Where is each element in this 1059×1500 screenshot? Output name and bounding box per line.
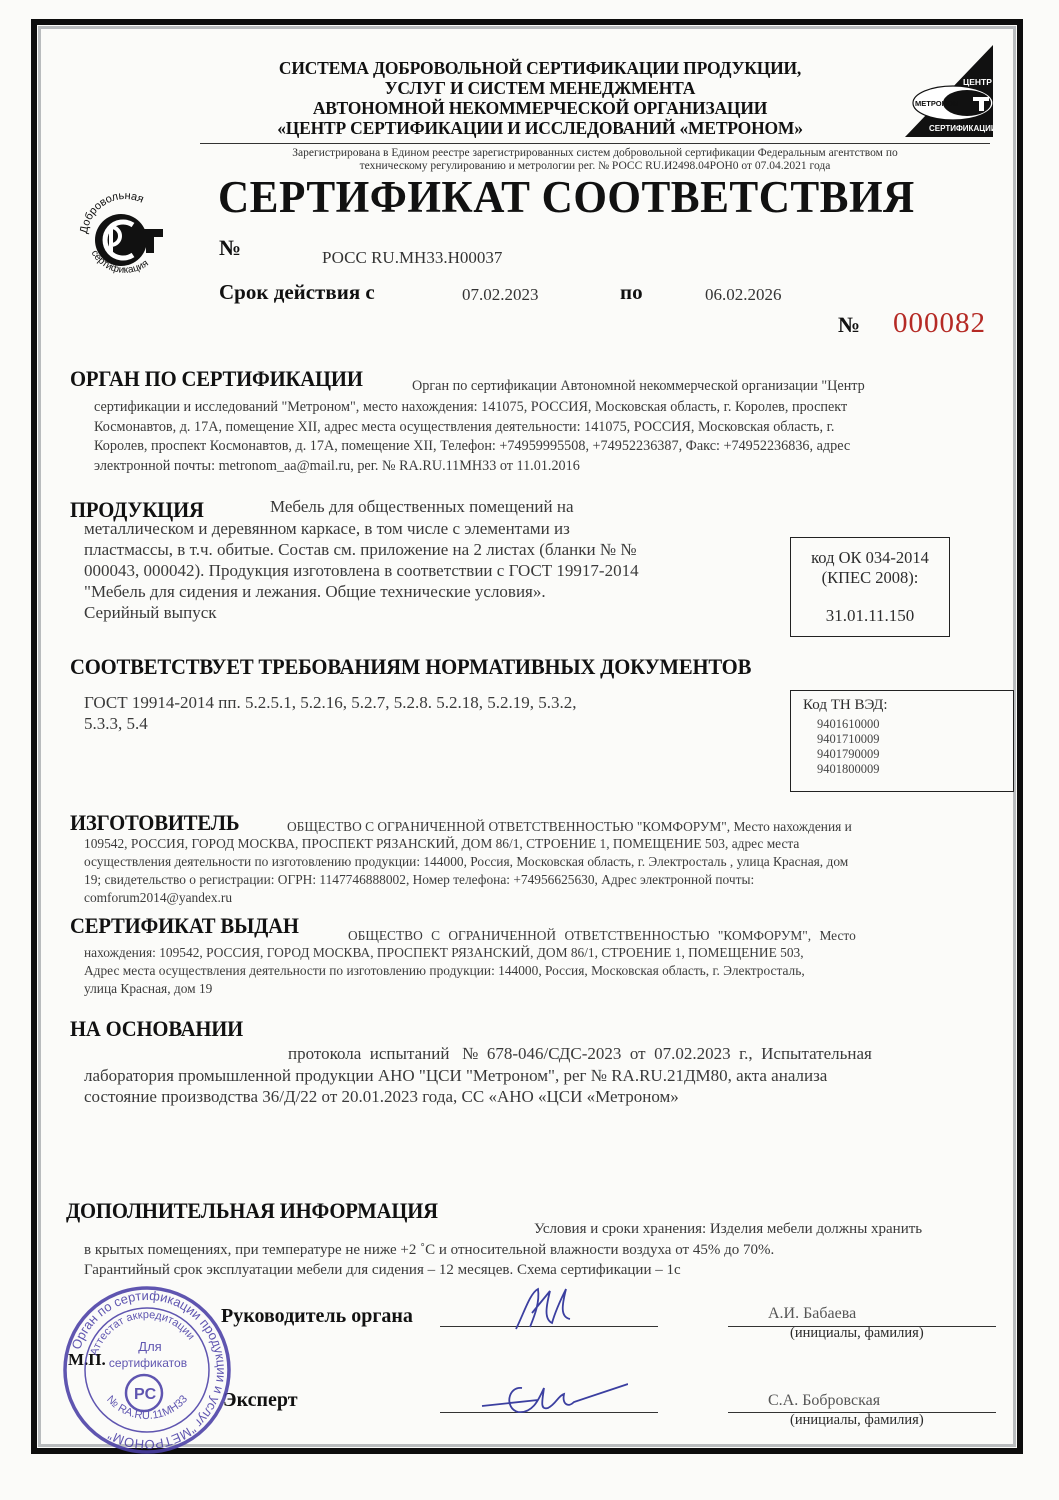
issuer-header-line: АВТОНОМНОЙ НЕКОММЕРЧЕСКОЙ ОРГАНИЗАЦИИ	[230, 98, 850, 118]
additional-info-details: в крытых помещениях, при температуре не …	[84, 1240, 996, 1280]
certification-body-details: сертификации и исследований "Метроном", …	[94, 398, 974, 476]
issuer-header-line: «ЦЕНТР СЕРТИФИКАЦИИ И ИССЛЕДОВАНИЙ «МЕТР…	[230, 118, 850, 138]
form-number-label: №	[838, 312, 860, 338]
okpd-code-box: код ОК 034-2014 (КПЕС 2008): 31.01.11.15…	[790, 537, 950, 637]
text-line: ГОСТ 19914-2014 пп. 5.2.5.1, 5.2.16, 5.2…	[84, 692, 764, 713]
validity-label: Срок действия с	[219, 280, 375, 305]
text-line: пластмассы, в т.ч. обитые. Состав см. пр…	[84, 539, 764, 560]
header-divider	[200, 143, 990, 144]
certificate-number-label: №	[219, 235, 241, 261]
text-line: 5.3.3, 5.4	[84, 713, 764, 734]
text-line: в крытых помещениях, при температуре не …	[84, 1240, 996, 1260]
text-line: сертификации и исследований "Метроном", …	[94, 398, 974, 418]
text-line: "Мебель для сидения и лежания. Общие тех…	[84, 581, 764, 602]
section-title-conformity: СООТВЕТСТВУЕТ ТРЕБОВАНИЯМ НОРМАТИВНЫХ ДО…	[70, 654, 751, 680]
tn-ved-code: 9401610000	[817, 717, 1013, 732]
issued-to-details: нахождения: 109542, РОССИЯ, ГОРОД МОСКВА…	[84, 944, 996, 998]
product-description: металлическом и деревянном каркасе, в то…	[84, 518, 764, 623]
issuer-header-line: УСЛУГ И СИСТЕМ МЕНЕДЖМЕНТА	[230, 78, 850, 98]
head-name: А.И. Бабаева	[768, 1305, 856, 1323]
text-line: улица Красная, дом 19	[84, 980, 996, 998]
certification-seal-icon: Орган по сертификации продукции и услуг …	[62, 1285, 232, 1455]
expert-signature-icon	[478, 1378, 628, 1420]
issuer-header-line: СИСТЕМА ДОБРОВОЛЬНОЙ СЕРТИФИКАЦИИ ПРОДУК…	[230, 58, 850, 78]
valid-to-date: 06.02.2026	[705, 285, 782, 305]
rst-voluntary-certification-icon: Добровольная сертификация	[75, 185, 175, 285]
section-title-additional-info: ДОПОЛНИТЕЛЬНАЯ ИНФОРМАЦИЯ	[66, 1198, 438, 1224]
text-line: Серийный выпуск	[84, 602, 764, 623]
tn-ved-label: Код ТН ВЭД:	[803, 696, 1013, 714]
registry-note-line: Зарегистрирована в Едином реестре зареги…	[200, 147, 990, 160]
text-line: Гарантийный срок эксплуатации мебели для…	[84, 1260, 996, 1280]
text-line: 19; свидетельство о регистрации: ОГРН: 1…	[84, 871, 1009, 889]
section-title-certification-body: ОРГАН ПО СЕРТИФИКАЦИИ	[70, 366, 363, 392]
registry-note: Зарегистрирована в Едином реестре зареги…	[200, 147, 990, 173]
issued-to-first-line: ОБЩЕСТВО С ОГРАНИЧЕННОЙ ОТВЕТСТВЕННОСТЬЮ…	[348, 927, 996, 945]
okpd-code-label: (КПЕС 2008):	[791, 568, 949, 588]
tn-ved-code: 9401800009	[817, 762, 1013, 777]
form-serial-number: 000082	[893, 307, 986, 340]
certification-body-first-line: Орган по сертификации Автономной некомме…	[412, 377, 865, 397]
expert-name-caption: (инициалы, фамилия)	[790, 1412, 924, 1429]
valid-to-label: по	[620, 280, 643, 305]
basis-details: лаборатория промышленной продукции АНО "…	[84, 1065, 996, 1107]
text-line: металлическом и деревянном каркасе, в то…	[84, 518, 764, 539]
text-line: 109542, РОССИЯ, ГОРОД МОСКВА, ПРОСПЕКТ Р…	[84, 835, 1009, 853]
okpd-code-label: код ОК 034-2014	[791, 548, 949, 568]
product-first-line: Мебель для общественных помещений на	[270, 496, 574, 517]
issuer-header: СИСТЕМА ДОБРОВОЛЬНОЙ СЕРТИФИКАЦИИ ПРОДУК…	[230, 58, 850, 138]
text-line: осуществления деятельности по изготовлен…	[84, 853, 1009, 871]
text-line: электронной почты: metronom_aa@mail.ru, …	[94, 457, 974, 477]
svg-text:Для: Для	[138, 1339, 161, 1354]
manufacturer-details: 109542, РОССИЯ, ГОРОД МОСКВА, ПРОСПЕКТ Р…	[84, 835, 1009, 907]
valid-from-date: 07.02.2023	[462, 285, 539, 305]
conformity-standards: ГОСТ 19914-2014 пп. 5.2.5.1, 5.2.16, 5.2…	[84, 692, 764, 734]
svg-text:СЕРТИФИКАЦИИ: СЕРТИФИКАЦИИ	[929, 124, 993, 133]
expert-name: С.А. Бобровская	[768, 1392, 880, 1410]
tn-ved-codes: 9401610000 9401710009 9401790009 9401800…	[817, 717, 1013, 777]
tn-ved-code: 9401790009	[817, 747, 1013, 762]
section-title-basis: НА ОСНОВАНИИ	[70, 1016, 243, 1042]
text-line: нахождения: 109542, РОССИЯ, ГОРОД МОСКВА…	[84, 944, 996, 962]
certificate-number: РОСС RU.МН33.Н00037	[322, 248, 502, 268]
head-signature-label: Руководитель органа	[221, 1305, 413, 1328]
metronom-logo-icon: ЦЕНТР МЕТРОНОМ СЕРТИФИКАЦИИ	[905, 45, 993, 137]
svg-text:ЦЕНТР: ЦЕНТР	[963, 77, 992, 87]
section-title-issued-to: СЕРТИФИКАТ ВЫДАН	[70, 913, 299, 939]
tn-ved-code: 9401710009	[817, 732, 1013, 747]
manufacturer-first-line: ОБЩЕСТВО С ОГРАНИЧЕННОЙ ОТВЕТСТВЕННОСТЬЮ…	[287, 818, 852, 836]
tn-ved-code-box: Код ТН ВЭД: 9401610000 9401710009 940179…	[790, 690, 1014, 792]
svg-text:сертификатов: сертификатов	[109, 1356, 187, 1370]
text-line: Космонавтов, д. 17А, помещение XII, адре…	[94, 418, 974, 438]
text-line: 000043, 000042). Продукция изготовлена в…	[84, 560, 764, 581]
text-line: лаборатория промышленной продукции АНО "…	[84, 1065, 996, 1086]
expert-signature-label: Эксперт	[223, 1389, 298, 1412]
head-name-caption: (инициалы, фамилия)	[790, 1325, 924, 1342]
text-line: comforum2014@yandex.ru	[84, 889, 1009, 907]
text-line: состояние производства 36/Д/22 от 20.01.…	[84, 1086, 996, 1107]
svg-text:PC: PC	[134, 1386, 157, 1403]
svg-text:МЕТРОНОМ: МЕТРОНОМ	[915, 99, 959, 108]
certificate-title: СЕРТИФИКАТ СООТВЕТСТВИЯ	[218, 172, 915, 222]
text-line: Адрес места осуществления деятельности п…	[84, 962, 996, 980]
okpd-code-value: 31.01.11.150	[791, 606, 949, 626]
head-signature-icon	[510, 1283, 590, 1333]
basis-first-line: протокола испытаний № 678-046/СДС-2023 о…	[288, 1043, 872, 1064]
additional-info-first-line: Условия и сроки хранения: Изделия мебели…	[534, 1220, 922, 1240]
section-title-manufacturer: ИЗГОТОВИТЕЛЬ	[70, 810, 239, 836]
text-line: Королев, проспект Космонавтов, д. 17А, п…	[94, 437, 974, 457]
